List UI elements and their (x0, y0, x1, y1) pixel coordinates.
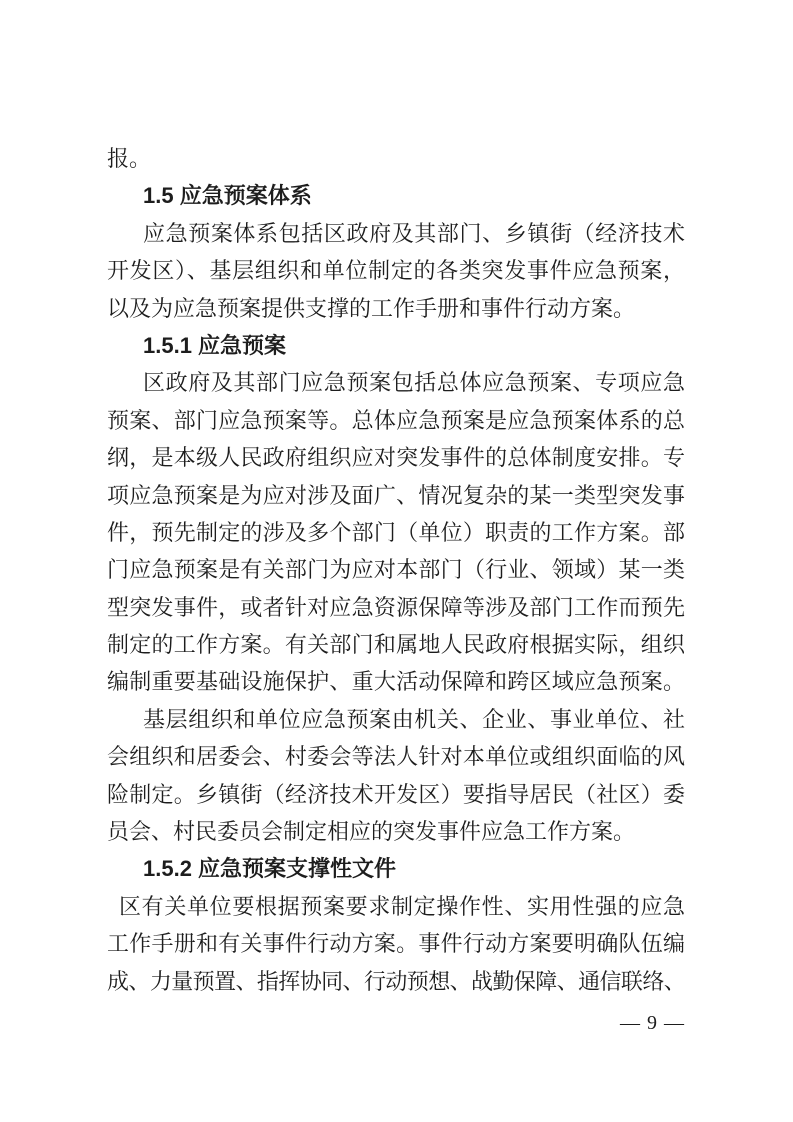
body-text-line: 基层组织和单位应急预案由机关、企业、事业单位、社 (107, 701, 685, 738)
section-heading: 1.5 应急预案体系 (107, 177, 685, 214)
body-text-line: 以及为应急预案提供支撑的工作手册和事件行动方案。 (107, 290, 685, 327)
body-text-line: 纲，是本级人民政府组织应对突发事件的总体制度安排。专 (107, 439, 685, 476)
body-text-line: 成、力量预置、指挥协同、行动预想、战勤保障、通信联络、 (107, 963, 685, 1000)
body-text-line: 件，预先制定的涉及多个部门（单位）职责的工作方案。部 (107, 514, 685, 551)
body-text-line: 区有关单位要根据预案要求制定操作性、实用性强的应急 (107, 888, 685, 925)
body-text-line: 员会、村民委员会制定相应的突发事件应急工作方案。 (107, 813, 685, 850)
body-text-line: 型突发事件，或者针对应急资源保障等涉及部门工作而预先 (107, 589, 685, 626)
document-content: 报。1.5 应急预案体系应急预案体系包括区政府及其部门、乡镇街（经济技术开发区）… (107, 140, 685, 1000)
body-text-line: 会组织和居委会、村委会等法人针对本单位或组织面临的风 (107, 738, 685, 775)
body-text-line: 开发区）、基层组织和单位制定的各类突发事件应急预案， (107, 252, 685, 289)
body-text-line: 应急预案体系包括区政府及其部门、乡镇街（经济技术 (107, 215, 685, 252)
body-text-line: 编制重要基础设施保护、重大活动保障和跨区域应急预案。 (107, 663, 685, 700)
body-text-line: 制定的工作方案。有关部门和属地人民政府根据实际，组织 (107, 626, 685, 663)
body-text-line: 报。 (107, 140, 685, 177)
body-text-line: 工作手册和有关事件行动方案。事件行动方案要明确队伍编 (107, 925, 685, 962)
body-text-line: 门应急预案是有关部门为应对本部门（行业、领域）某一类 (107, 551, 685, 588)
body-text-line: 区政府及其部门应急预案包括总体应急预案、专项应急 (107, 364, 685, 401)
section-heading: 1.5.1 应急预案 (107, 327, 685, 364)
body-text-line: 项应急预案是为应对涉及面广、情况复杂的某一类型突发事 (107, 477, 685, 514)
page-footer: — 9 — (107, 1012, 685, 1035)
document-page: 报。1.5 应急预案体系应急预案体系包括区政府及其部门、乡镇街（经济技术开发区）… (0, 0, 793, 1122)
body-text-line: 险制定。乡镇街（经济技术开发区）要指导居民（社区）委 (107, 776, 685, 813)
section-heading: 1.5.2 应急预案支撑性文件 (107, 850, 685, 887)
body-text-line: 预案、部门应急预案等。总体应急预案是应急预案体系的总 (107, 402, 685, 439)
page-number: — 9 — (620, 1012, 685, 1034)
